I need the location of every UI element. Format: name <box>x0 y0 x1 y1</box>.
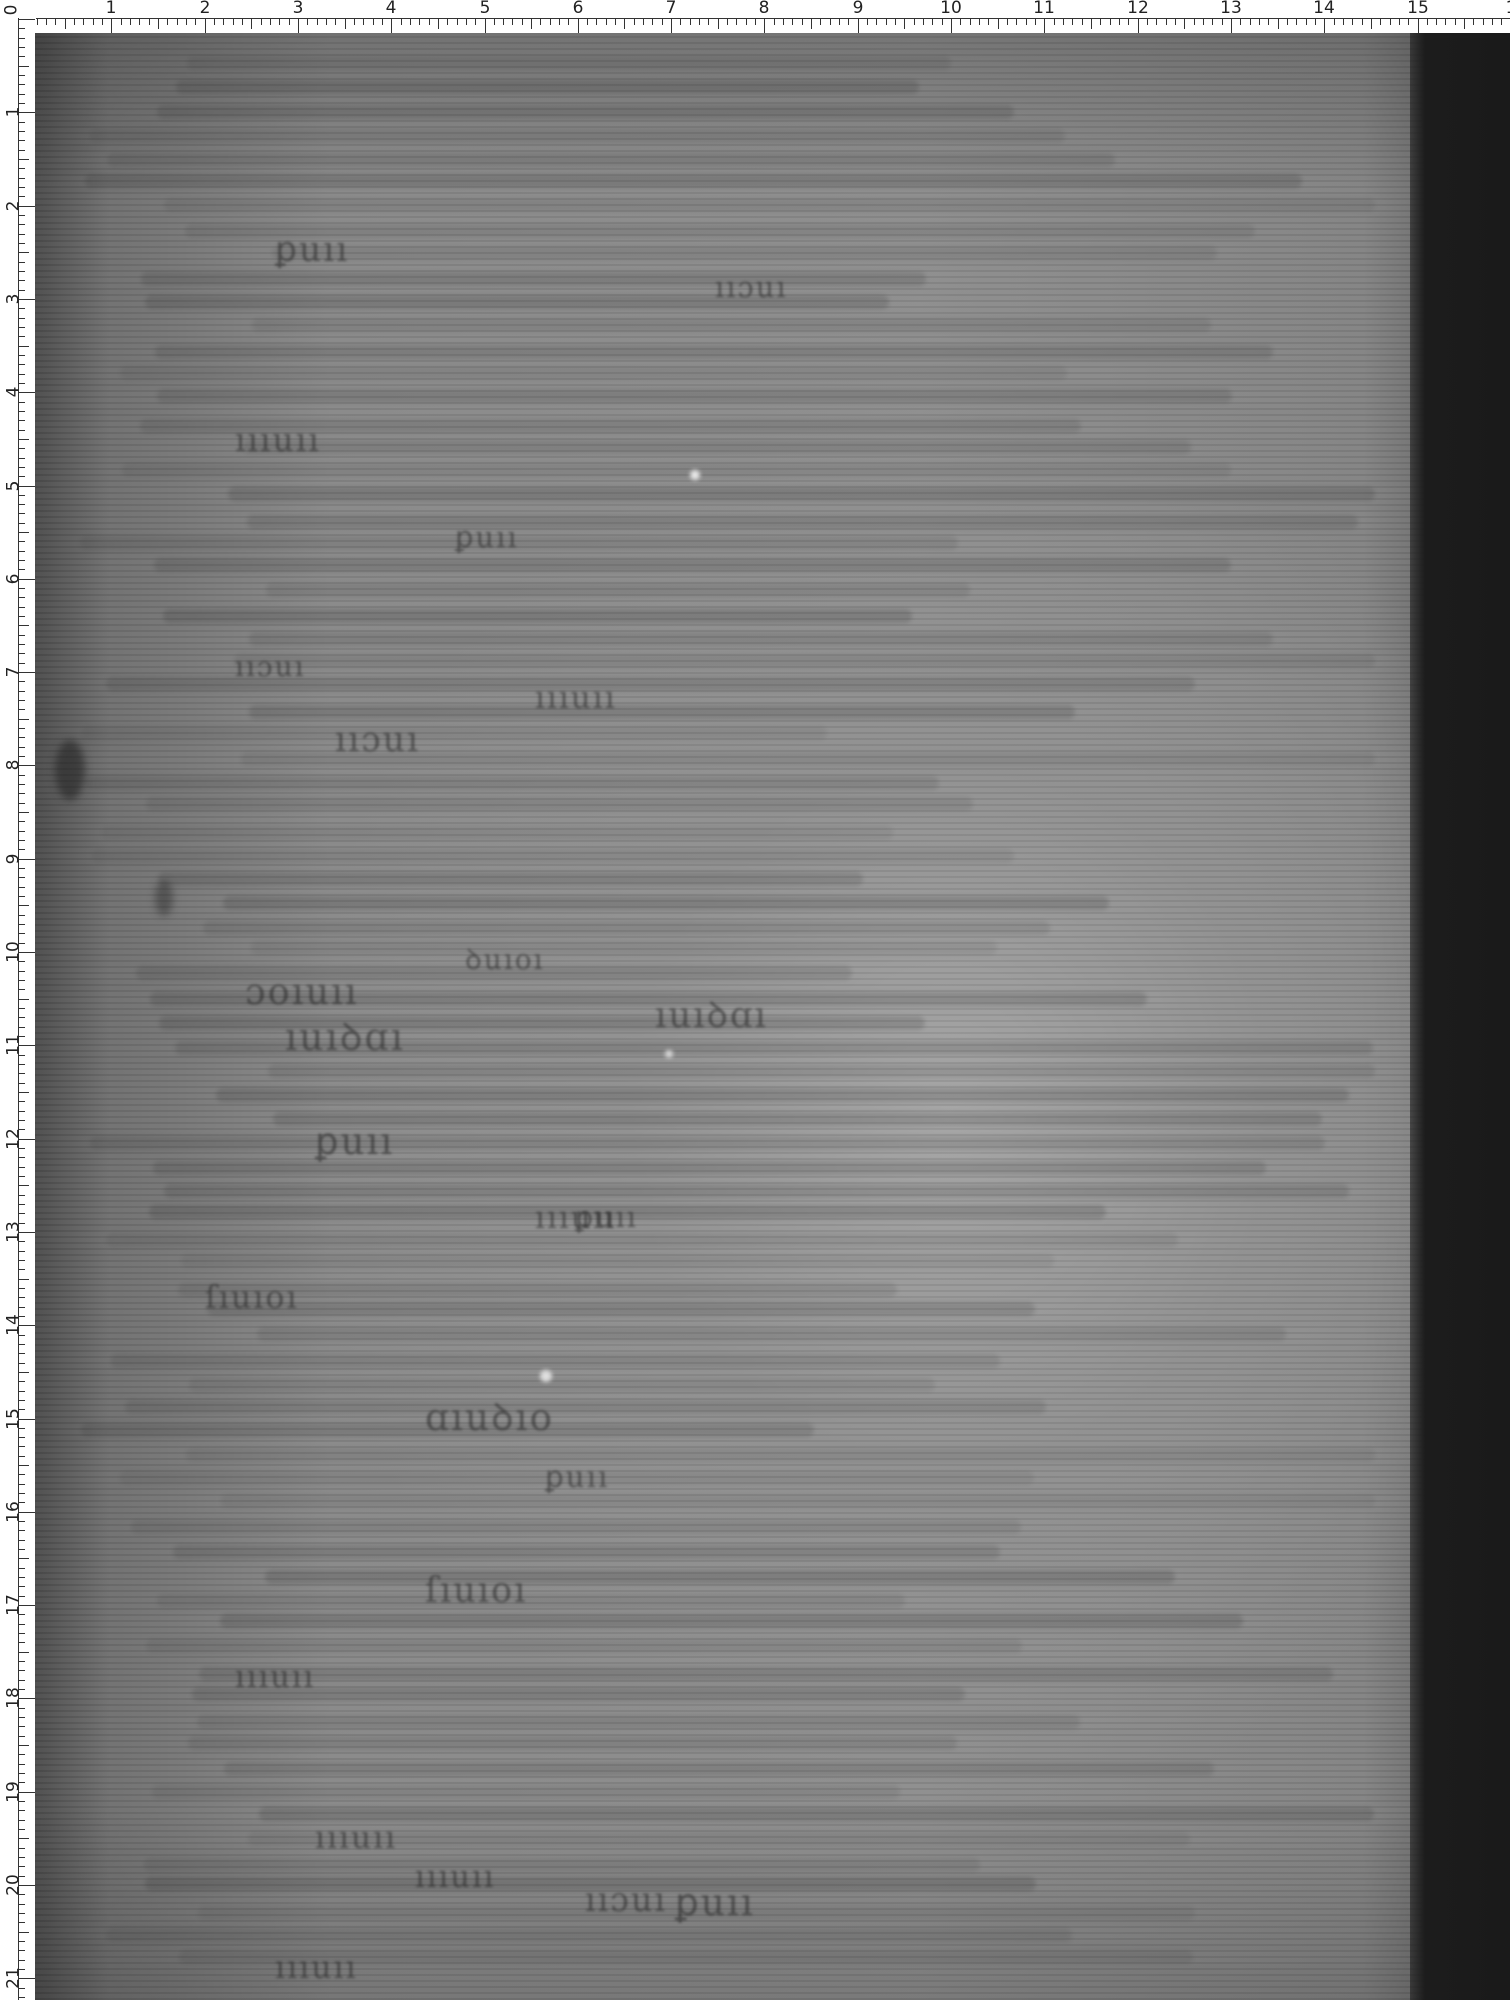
left-ruler-tick <box>18 504 25 505</box>
faint-text-line <box>122 463 1231 477</box>
left-ruler-tick <box>18 364 25 365</box>
left-ruler-tick <box>18 691 25 692</box>
left-ruler-label: 6 <box>6 567 23 591</box>
faint-text-line <box>106 1233 1178 1247</box>
left-ruler-tick <box>18 1633 25 1634</box>
top-ruler-tick <box>1315 18 1316 25</box>
top-ruler-label: 2 <box>200 0 211 17</box>
top-ruler-label: 13 <box>1220 0 1242 17</box>
left-ruler-tick <box>18 1381 25 1382</box>
top-ruler-tick <box>680 18 681 25</box>
left-ruler-tick <box>18 439 29 440</box>
left-ruler-tick <box>18 28 25 29</box>
top-ruler-tick <box>1044 18 1045 34</box>
faint-script-fragment: ıııuıı <box>315 1820 397 1856</box>
left-ruler-tick <box>18 1838 29 1839</box>
faint-text-line <box>146 1639 1023 1653</box>
top-ruler-tick <box>1362 18 1363 25</box>
top-ruler-tick <box>1306 18 1307 25</box>
top-ruler-tick <box>457 18 458 25</box>
top-ruler-label: 8 <box>759 0 770 17</box>
top-ruler-tick <box>1324 18 1325 34</box>
top-ruler-label: 12 <box>1127 0 1149 17</box>
left-ruler-tick <box>18 597 25 598</box>
faint-text-line <box>188 1736 956 1750</box>
left-ruler-tick <box>18 1764 25 1765</box>
left-ruler-tick <box>18 1176 25 1177</box>
faint-script-fragment: ııɔuı <box>235 650 306 683</box>
left-ruler-tick <box>18 150 25 151</box>
left-ruler-label: 19 <box>6 1780 23 1804</box>
left-ruler-tick <box>18 719 29 720</box>
top-ruler-tick <box>886 18 887 25</box>
left-ruler-label: 18 <box>6 1686 23 1710</box>
left-ruler-tick <box>18 709 25 710</box>
top-ruler-tick <box>858 18 859 34</box>
left-ruler-tick <box>18 56 25 57</box>
left-ruler-tick <box>18 252 29 253</box>
top-ruler-tick <box>830 18 831 25</box>
top-ruler-tick <box>83 18 84 25</box>
top-ruler-tick <box>121 18 122 25</box>
faint-text-line <box>199 1667 1334 1681</box>
left-ruler-tick <box>18 831 25 832</box>
top-ruler-tick <box>1100 18 1101 25</box>
left-ruler-tick <box>18 1857 25 1858</box>
left-ruler-label: 21 <box>6 1966 23 1990</box>
left-ruler-tick <box>18 803 25 804</box>
top-ruler-tick <box>102 18 103 25</box>
top-ruler-tick <box>736 18 737 25</box>
left-ruler-tick <box>18 737 25 738</box>
top-ruler-tick <box>1464 18 1465 29</box>
left-ruler-tick <box>18 1754 25 1755</box>
top-ruler-tick <box>596 18 597 25</box>
top-ruler-tick <box>811 18 812 29</box>
left-ruler-tick <box>18 607 25 608</box>
top-ruler-tick <box>699 18 700 25</box>
top-ruler-label: 1 <box>106 0 117 17</box>
top-ruler-tick <box>1445 18 1446 25</box>
left-ruler-tick <box>18 1465 29 1466</box>
top-ruler-tick <box>615 18 616 25</box>
left-ruler-tick <box>18 840 25 841</box>
faint-text-line <box>249 705 1075 719</box>
faint-script-fragment: ıııuıı <box>235 420 321 459</box>
top-ruler-tick <box>177 18 178 25</box>
faint-text-line <box>157 389 1232 403</box>
faint-script-fragment: ıııuıı <box>415 1860 496 1895</box>
top-ruler-tick <box>279 18 280 25</box>
left-ruler-tick <box>18 1624 25 1625</box>
faint-text-line <box>186 1448 1375 1462</box>
left-ruler-tick <box>18 19 35 20</box>
top-ruler-tick <box>1473 18 1474 25</box>
left-ruler-label: 17 <box>6 1593 23 1617</box>
top-ruler-tick <box>904 18 905 29</box>
top-ruler-tick <box>587 18 588 25</box>
faint-text-line <box>252 318 1211 332</box>
faint-script-fragment: ıııuıı <box>535 680 617 716</box>
left-ruler-label: 12 <box>6 1127 23 1151</box>
left-ruler-tick <box>18 1866 25 1867</box>
top-ruler-tick <box>270 18 271 25</box>
top-ruler-tick <box>671 18 672 34</box>
faint-text-line <box>203 921 1050 935</box>
faint-script-fragment: ꝑuıı <box>575 1200 638 1234</box>
bright-spot <box>665 1050 673 1058</box>
left-ruler-tick <box>18 1195 25 1196</box>
left-ruler-tick <box>18 616 25 617</box>
faint-text-line <box>247 515 1358 529</box>
top-ruler-tick <box>419 18 420 25</box>
top-ruler-tick <box>998 18 999 29</box>
top-ruler-tick <box>746 18 747 25</box>
left-ruler-tick <box>18 1027 25 1028</box>
top-ruler-tick <box>755 18 756 25</box>
top-ruler-tick <box>1492 18 1493 25</box>
left-ruler-tick <box>18 1083 25 1084</box>
faint-text-line <box>153 1161 1266 1175</box>
top-ruler-tick <box>1278 18 1279 29</box>
left-ruler-tick <box>18 1736 25 1737</box>
top-ruler-tick <box>559 18 560 25</box>
left-ruler-tick <box>18 318 25 319</box>
top-ruler-tick <box>1343 18 1344 25</box>
top-ruler-tick <box>261 18 262 25</box>
faint-script-fragment: ııɔuı <box>715 270 788 304</box>
left-ruler-tick <box>18 1204 25 1205</box>
faint-text-line <box>90 129 1064 143</box>
left-ruler-tick <box>18 243 25 244</box>
top-ruler-tick <box>895 18 896 25</box>
top-ruler-tick <box>1380 18 1381 25</box>
top-ruler-tick <box>373 18 374 25</box>
top-ruler-tick <box>1203 18 1204 25</box>
manuscript-scan-image: ꝑuııııɔuııııuııııɔuıꝑuıııııuııııɔuıɔoıuı… <box>35 33 1510 2000</box>
top-ruler-tick <box>1222 18 1223 25</box>
left-ruler-tick <box>18 625 29 626</box>
top-ruler-tick <box>494 18 495 25</box>
left-ruler-tick <box>18 1922 25 1923</box>
faint-script-fragment: ııɔuı <box>335 720 420 760</box>
left-ruler-tick <box>18 980 25 981</box>
top-ruler-tick <box>447 18 448 25</box>
top-ruler-tick <box>55 18 56 25</box>
faint-text-line <box>173 1545 999 1559</box>
left-ruler-tick <box>18 271 25 272</box>
top-ruler-label: 15 <box>1407 0 1429 17</box>
left-ruler-tick <box>18 1446 25 1447</box>
left-ruler-tick <box>18 1073 25 1074</box>
top-ruler-tick <box>307 18 308 25</box>
faint-text-line <box>164 1184 1349 1198</box>
left-ruler-tick <box>18 1484 25 1485</box>
faint-text-line <box>224 1762 1214 1776</box>
faint-text-line <box>265 1570 1175 1584</box>
top-ruler-label: 7 <box>666 0 677 17</box>
faint-text-line <box>120 366 1068 380</box>
left-ruler-tick <box>18 896 25 897</box>
top-ruler-tick <box>1501 18 1502 25</box>
top-ruler-tick <box>1119 18 1120 25</box>
faint-text-line <box>249 632 1272 646</box>
left-ruler-tick <box>18 1913 25 1914</box>
left-ruler-tick <box>18 1745 29 1746</box>
left-ruler-tick <box>18 653 25 654</box>
left-ruler-tick <box>18 728 25 729</box>
top-ruler-tick <box>130 18 131 25</box>
top-ruler-tick <box>186 18 187 25</box>
faint-script-fragment: ꝺuıoı <box>465 940 545 978</box>
left-ruler-tick <box>18 532 29 533</box>
left-ruler-tick <box>18 1941 25 1942</box>
left-ruler-tick <box>18 1120 25 1121</box>
top-ruler-tick <box>139 18 140 25</box>
faint-text-line <box>234 654 1375 668</box>
left-ruler-tick <box>18 989 25 990</box>
top-ruler-tick <box>242 18 243 25</box>
top-ruler-tick <box>792 18 793 25</box>
left-ruler-tick <box>18 1064 25 1065</box>
left-ruler-tick <box>18 1540 25 1541</box>
left-ruler-tick <box>18 924 25 925</box>
top-ruler-tick <box>335 18 336 25</box>
top-ruler-tick <box>1371 18 1372 29</box>
dark-stain <box>55 740 85 800</box>
faint-text-line <box>197 1715 1080 1729</box>
top-ruler-tick <box>970 18 971 25</box>
top-ruler-tick <box>1184 18 1185 29</box>
faint-text-line <box>157 105 1013 119</box>
top-ruler-tick <box>326 18 327 25</box>
top-ruler-tick <box>1138 18 1139 34</box>
top-ruler-tick <box>363 18 364 25</box>
top-ruler-tick <box>382 18 383 25</box>
left-ruler-tick <box>18 999 29 1000</box>
left-ruler-tick <box>18 915 25 916</box>
faint-text-line <box>176 80 919 94</box>
top-ruler-tick <box>149 18 150 25</box>
left-ruler-tick <box>18 448 25 449</box>
top-ruler-tick <box>764 18 765 34</box>
left-ruler-tick <box>18 1848 25 1849</box>
top-ruler-tick <box>485 18 486 34</box>
top-ruler-label: 9 <box>853 0 864 17</box>
top-ruler-tick <box>1352 18 1353 25</box>
top-ruler-tick <box>708 18 709 25</box>
faint-script-fragment: ꝑuıı <box>275 230 349 270</box>
top-ruler-tick <box>1250 18 1251 25</box>
top-ruler-tick <box>988 18 989 25</box>
top-ruler-label: 10 <box>940 0 962 17</box>
left-ruler-label: 7 <box>6 660 23 684</box>
top-ruler-label: 3 <box>293 0 304 17</box>
top-ruler-tick <box>942 18 943 25</box>
left-ruler-tick <box>18 411 25 412</box>
faint-script-fragment: ꝑuıı <box>675 1880 755 1924</box>
left-ruler-tick <box>18 1269 25 1270</box>
top-ruler-tick <box>1194 18 1195 25</box>
top-ruler-tick <box>1054 18 1055 25</box>
left-ruler-label: 2 <box>6 194 23 218</box>
left-ruler-tick <box>18 560 25 561</box>
top-ruler-tick <box>46 18 47 25</box>
left-ruler-tick <box>18 1726 25 1727</box>
faint-script-fragment: ꝑuıı <box>545 1460 609 1494</box>
top-ruler-tick <box>1436 18 1437 25</box>
background-dark-band <box>1410 33 1510 2000</box>
faint-text-line <box>158 872 863 886</box>
left-ruler-tick <box>18 1297 25 1298</box>
top-ruler-tick <box>876 18 877 25</box>
faint-script-fragment: ſıuıoı <box>425 1570 527 1611</box>
top-ruler-tick <box>652 18 653 25</box>
top-ruler-tick <box>1166 18 1167 25</box>
faint-text-line <box>82 726 827 740</box>
top-ruler-tick <box>1334 18 1335 25</box>
left-ruler-tick <box>18 168 25 169</box>
left-ruler-tick <box>18 374 25 375</box>
top-ruler-tick <box>606 18 607 25</box>
faint-text-line <box>272 246 1217 260</box>
top-ruler-tick <box>1259 18 1260 25</box>
left-ruler-tick <box>18 1167 25 1168</box>
top-ruler-tick <box>298 18 299 34</box>
top-ruler-tick <box>1072 18 1073 25</box>
bright-spot <box>540 1370 552 1382</box>
left-ruler-tick <box>18 1820 25 1821</box>
faint-text-line <box>146 797 973 811</box>
top-ruler-tick <box>317 18 318 25</box>
left-ruler-label: 9 <box>6 847 23 871</box>
left-ruler-tick <box>18 784 25 785</box>
left-ruler-tick <box>18 1372 29 1373</box>
top-ruler-tick <box>1175 18 1176 25</box>
top-ruler-tick <box>503 18 504 25</box>
top-ruler-tick <box>251 18 252 29</box>
top-ruler-tick <box>951 18 952 34</box>
left-ruler-tick <box>18 1530 25 1531</box>
left-ruler-tick <box>18 1568 25 1569</box>
top-ruler-tick <box>214 18 215 25</box>
left-ruler-label: 15 <box>6 1407 23 1431</box>
left-ruler-tick <box>18 1111 25 1112</box>
faint-script-fragment: ıııuıı <box>235 1660 315 1695</box>
left-ruler-tick <box>18 1456 25 1457</box>
top-ruler-tick <box>540 18 541 25</box>
left-ruler-tick <box>18 467 25 468</box>
left-ruler-tick <box>18 1549 25 1550</box>
top-ruler-tick <box>643 18 644 25</box>
left-ruler-tick <box>18 1960 25 1961</box>
top-ruler-tick <box>1390 18 1391 25</box>
top-ruler-tick <box>960 18 961 25</box>
top-ruler-tick <box>438 18 439 29</box>
top-ruler-tick <box>624 18 625 29</box>
left-ruler-tick <box>18 1307 25 1308</box>
faint-text-line <box>92 849 1014 863</box>
left-ruler-tick <box>18 1810 25 1811</box>
top-ruler-tick <box>205 18 206 34</box>
faint-text-line <box>257 1327 1287 1341</box>
top-ruler-label: 14 <box>1313 0 1335 17</box>
faint-text-line <box>111 1354 1000 1368</box>
left-ruler-tick <box>18 178 25 179</box>
top-ruler-tick <box>195 18 196 25</box>
left-ruler-tick <box>18 971 25 972</box>
top-ruler: 01234567891011121314151 <box>0 0 1510 34</box>
top-ruler-tick <box>932 18 933 25</box>
top-ruler-tick <box>867 18 868 25</box>
faint-script-fragment: ıuıꝺɑı <box>285 1010 405 1062</box>
left-ruler-tick <box>18 1288 25 1289</box>
top-ruler-tick <box>1408 18 1409 25</box>
top-ruler-tick <box>466 18 467 25</box>
top-ruler-tick <box>1212 18 1213 25</box>
left-ruler-tick <box>18 793 25 794</box>
faint-text-line <box>221 1494 1375 1508</box>
top-ruler-tick <box>802 18 803 25</box>
left-ruler-label: 11 <box>6 1033 23 1057</box>
top-ruler-tick <box>848 18 849 25</box>
top-ruler-tick <box>1035 18 1036 25</box>
left-ruler-tick <box>18 1279 29 1280</box>
faint-text-line <box>131 1520 1021 1534</box>
faint-text-line <box>90 1136 1325 1150</box>
top-ruler-tick <box>914 18 915 25</box>
left-ruler-tick <box>18 877 25 878</box>
faint-text-line <box>159 1016 925 1030</box>
top-ruler-tick <box>65 18 66 29</box>
faint-text-line <box>243 440 1191 454</box>
left-ruler-label: 3 <box>6 287 23 311</box>
faint-script-fragment: ꝑuıı <box>315 1120 394 1163</box>
left-ruler-tick <box>18 1474 25 1475</box>
left-ruler-tick <box>18 1642 25 1643</box>
left-ruler-label: 8 <box>6 753 23 777</box>
left-ruler-tick <box>18 187 25 188</box>
left-ruler-tick <box>18 1363 25 1364</box>
faint-text-line <box>268 1064 1375 1078</box>
left-ruler: 0123456789101112131415161718192021 <box>0 0 36 2000</box>
faint-text-line <box>144 1858 980 1872</box>
faint-script-fragment: ꝑuıı <box>455 520 519 554</box>
faint-script-fragment: ıuıꝺɑı <box>655 990 768 1038</box>
top-ruler-tick <box>1418 18 1419 34</box>
left-ruler-tick <box>18 1400 25 1401</box>
top-ruler-tick <box>37 18 38 25</box>
left-ruler-tick <box>18 644 25 645</box>
dark-stain <box>155 880 173 916</box>
left-ruler-tick <box>18 700 25 701</box>
top-ruler-tick <box>1082 18 1083 25</box>
faint-text-line <box>102 826 893 840</box>
left-ruler-tick <box>18 1904 25 1905</box>
left-ruler-tick <box>18 75 25 76</box>
top-ruler-tick <box>93 18 94 25</box>
left-ruler-tick <box>18 420 25 421</box>
top-ruler-tick <box>233 18 234 25</box>
faint-text-line <box>85 776 939 790</box>
left-ruler-tick <box>18 38 25 39</box>
left-ruler-label: 14 <box>6 1313 23 1337</box>
left-ruler-tick <box>18 635 25 636</box>
faint-text-line <box>152 1785 900 1799</box>
left-ruler-tick <box>18 1260 25 1261</box>
top-ruler-tick <box>1231 18 1232 34</box>
faint-text-line <box>228 487 1375 501</box>
